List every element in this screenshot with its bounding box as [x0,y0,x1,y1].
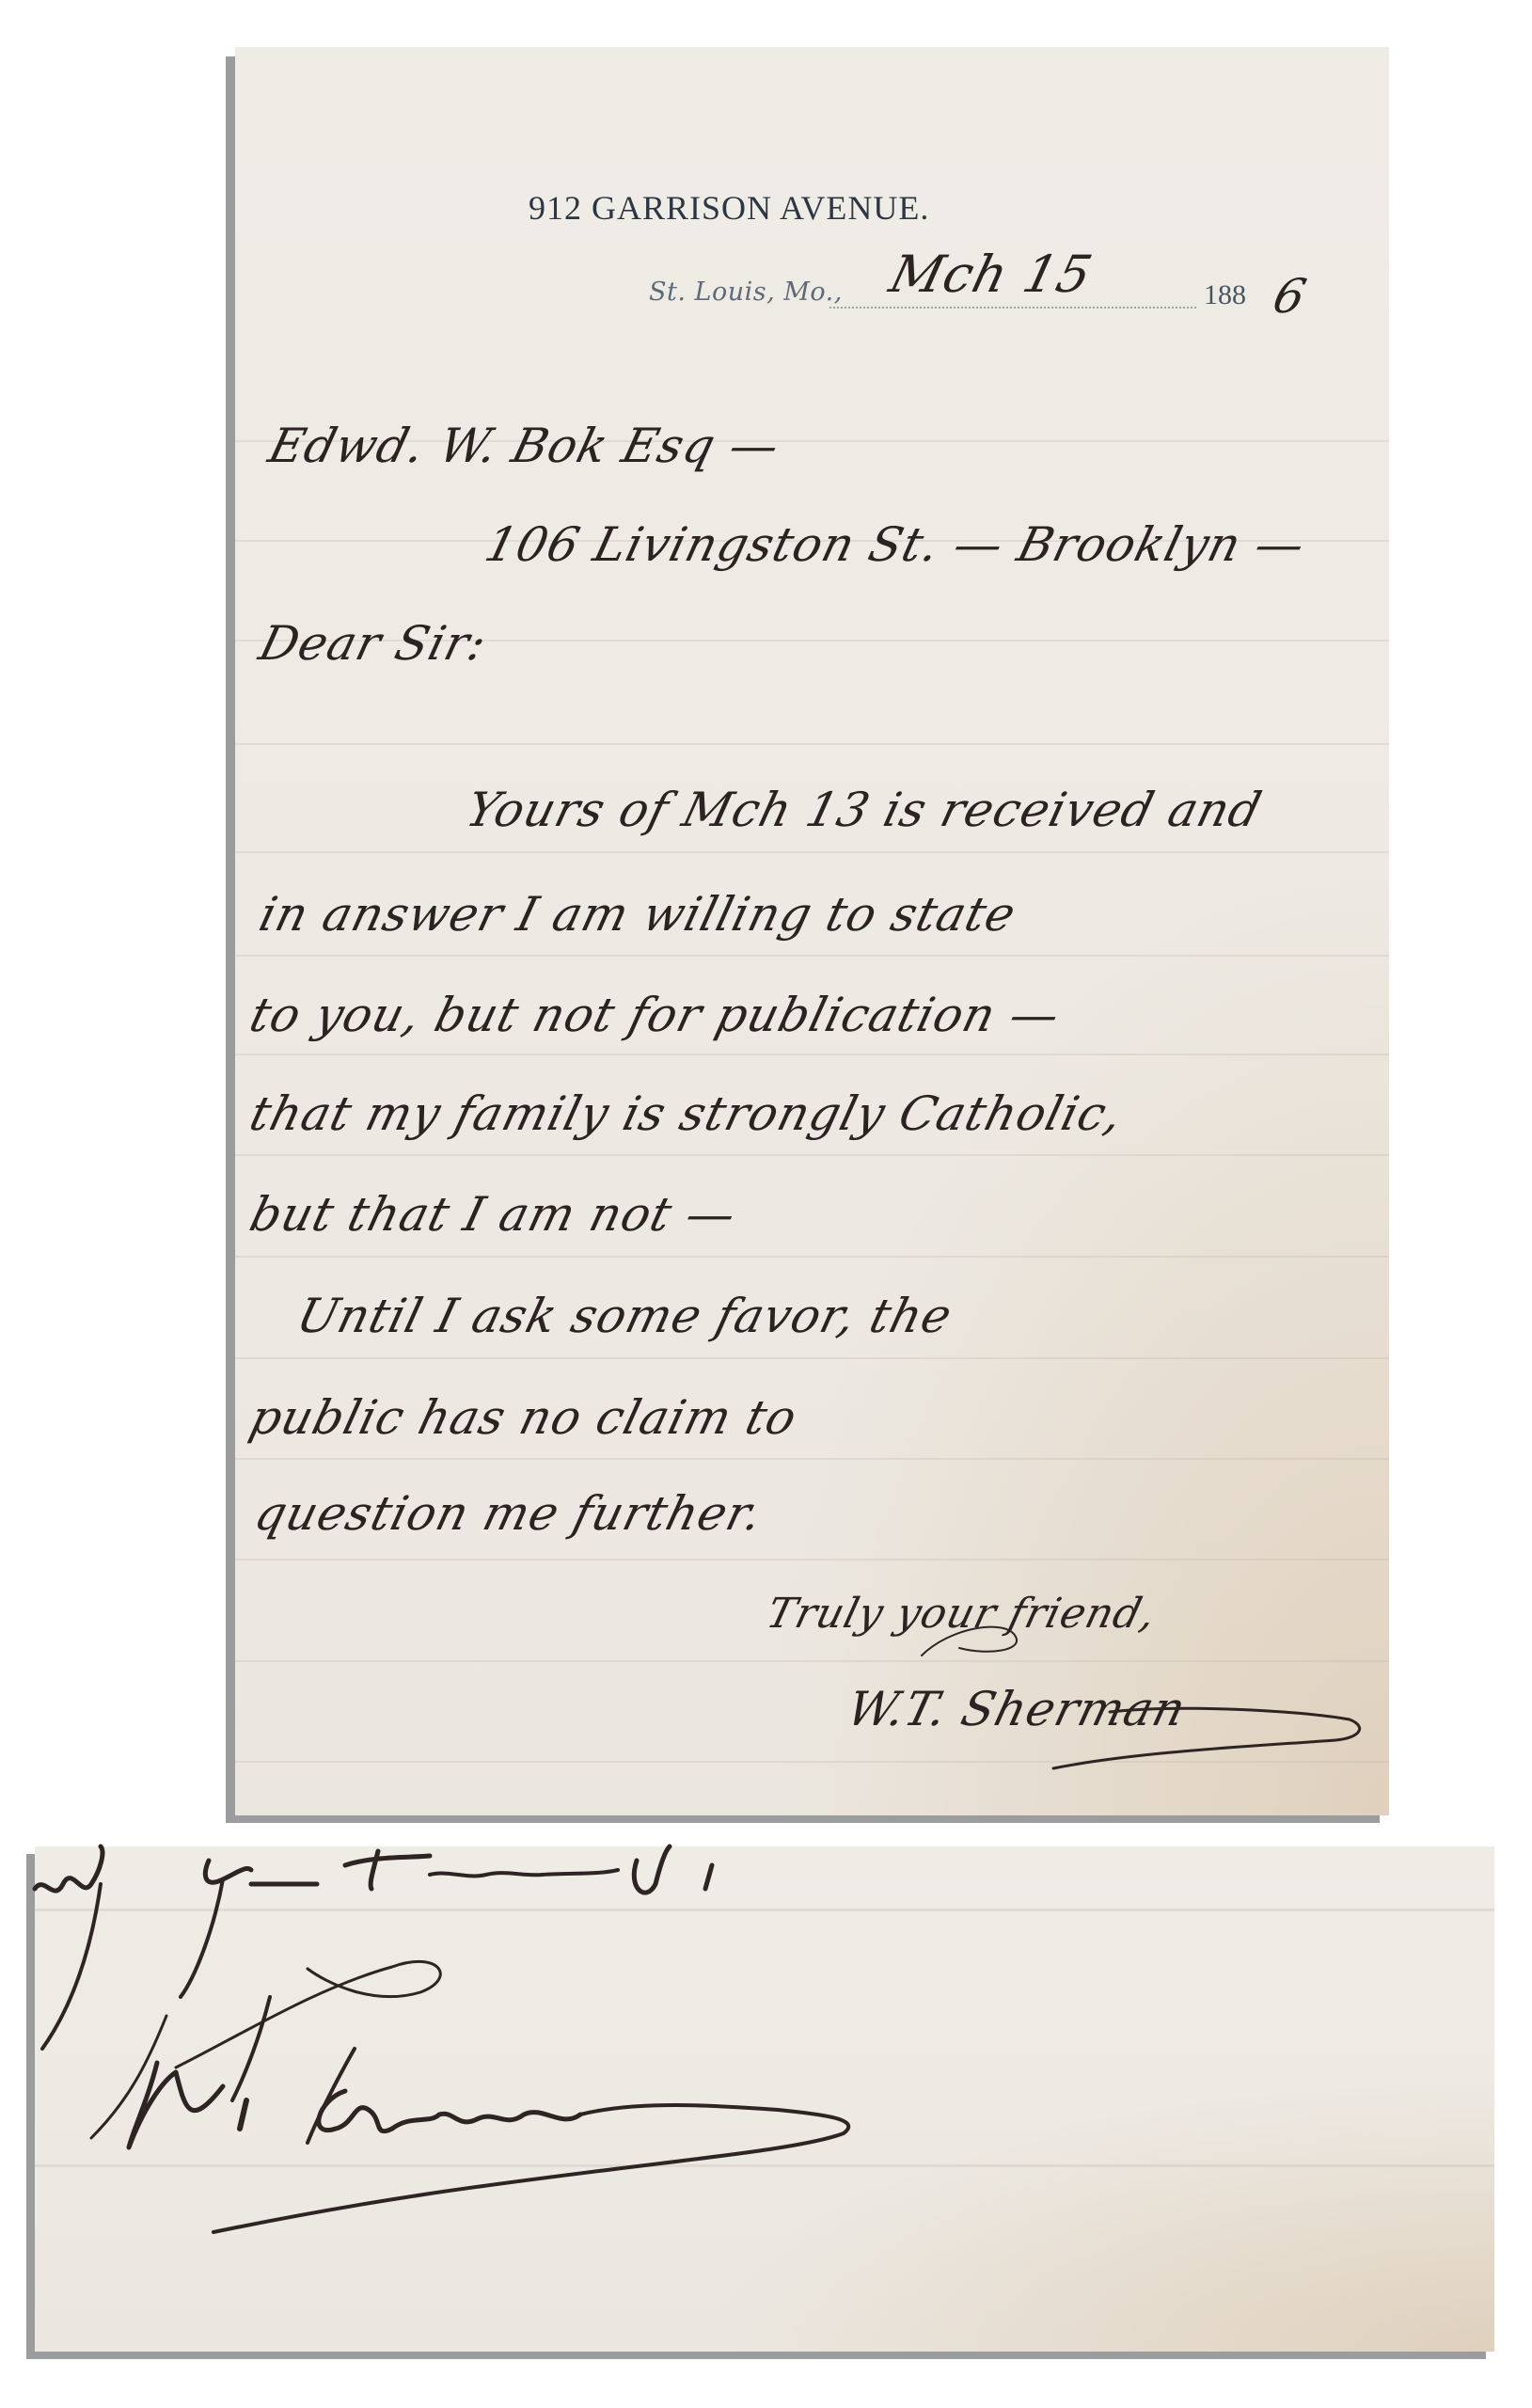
ruled-line [235,1256,1389,1258]
body-line: in answer I am willing to state [254,887,1021,942]
handwritten-year-digit: 6 [1268,269,1312,324]
body-line: Until I ask some favor, the [292,1289,957,1343]
detail-signature: W.T. Sherman [148,2063,837,2173]
salutation: Dear Sir: [254,616,493,671]
body-line: that my family is strongly Catholic, [245,1086,1129,1141]
ruled-line [235,1053,1389,1055]
body-line: to you, but not for publication — [245,988,1066,1042]
body-line: public has no claim to [245,1390,803,1445]
ruled-line [235,1154,1389,1156]
body-line: Yours of Mch 13 is received and [461,783,1268,837]
ruled-line [235,851,1389,853]
letterhead-address: 912 GARRISON AVENUE. [529,188,929,228]
ruled-line [235,1458,1389,1460]
detail-closing-fragment: uly yr friend, [35,1842,435,1908]
date-dotted-line [829,307,1196,309]
ruled-line [235,1761,1389,1763]
recipient-name: Edwd. W. Bok Esq — [263,419,785,473]
ruled-line [235,743,1389,745]
signature: W.T. Sherman [842,1682,1192,1736]
ruled-line [35,1909,1494,1911]
recipient-address: 106 Livingston St. — Brooklyn — [480,517,1311,572]
handwritten-date: Mch 15 [884,245,1098,304]
ruled-line [235,1660,1389,1662]
ruled-line [235,1357,1389,1359]
body-line: question me further. [249,1486,768,1541]
letterhead-year-printed: 188 [1204,279,1246,311]
body-line: but that I am not — [245,1187,742,1242]
closing: Truly your friend, [762,1590,1161,1638]
letter-sheet: 912 GARRISON AVENUE. St. Louis, Mo., Mch… [235,47,1389,1815]
ruled-line [235,1559,1389,1560]
signature-detail-panel: uly yr friend, W.T. Sherman [35,1846,1494,2352]
ruled-line [235,955,1389,957]
letterhead-city: St. Louis, Mo., [649,277,843,307]
